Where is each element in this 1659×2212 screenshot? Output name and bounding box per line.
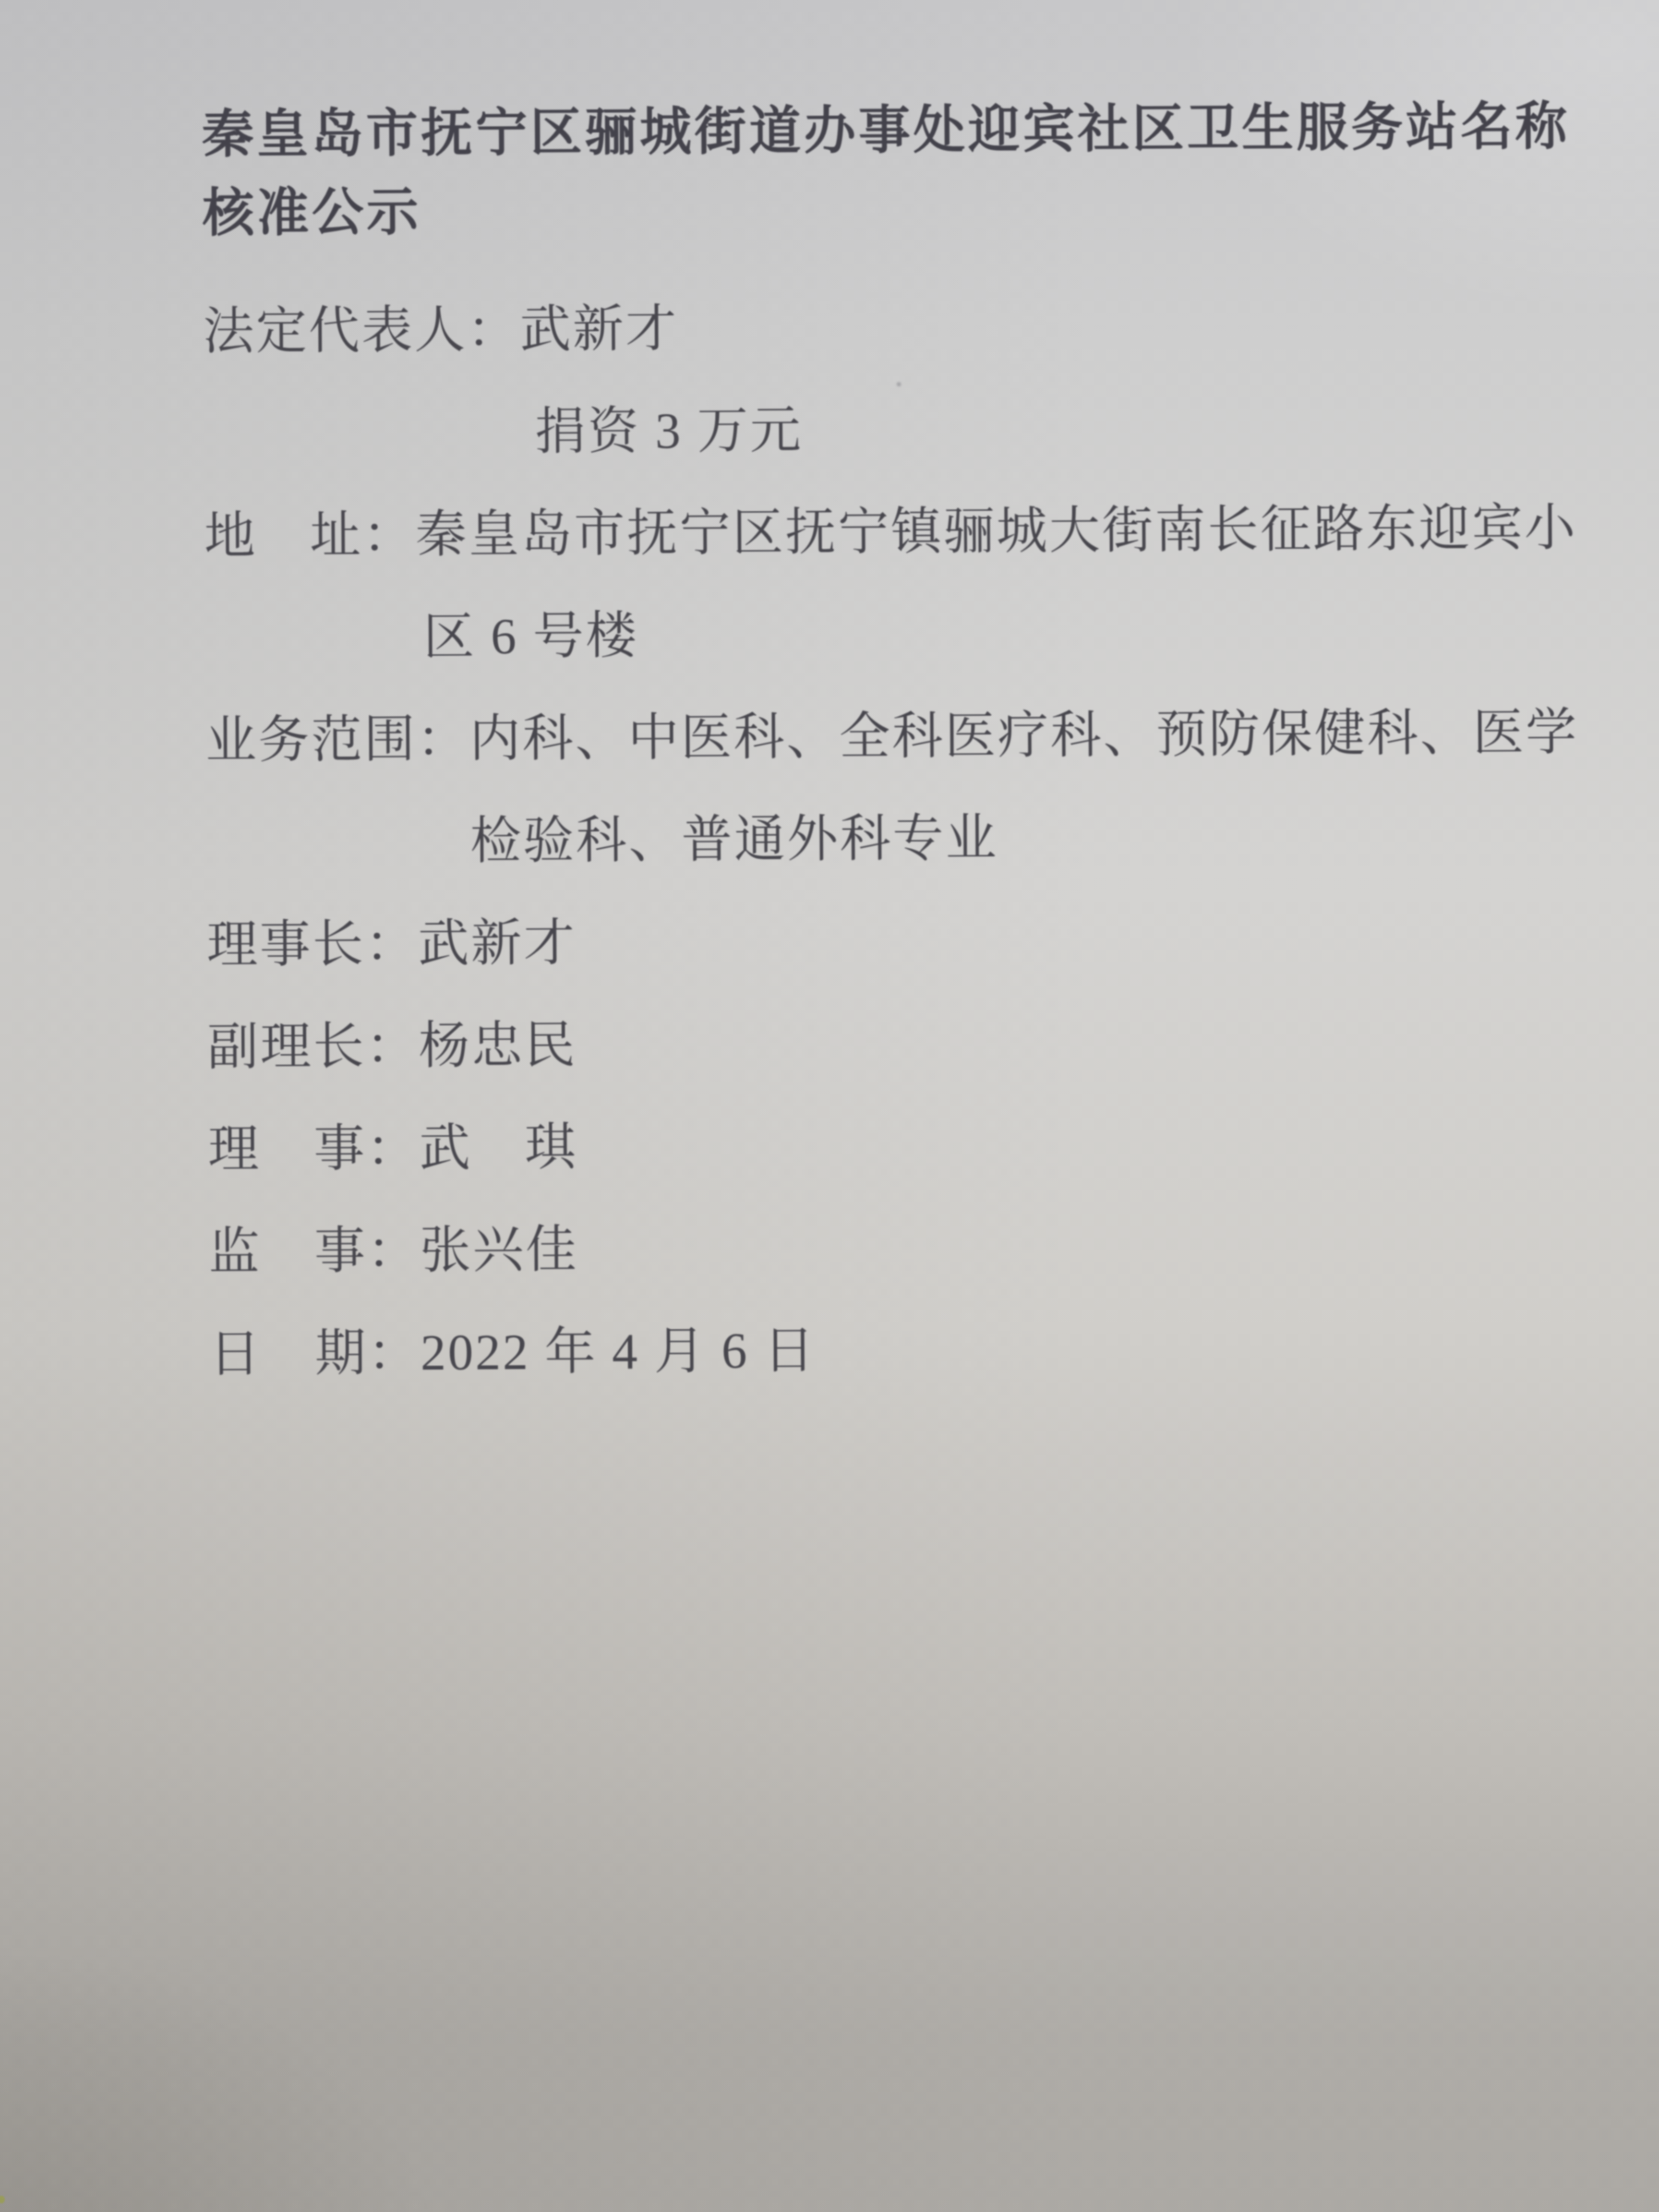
paper-speck xyxy=(897,382,901,386)
document-line: 区 6 号楼 xyxy=(423,578,1635,688)
document-line: 地 址：秦皇岛市抚宁区抚宁镇骊城大街南长征路东迎宾小 xyxy=(204,476,1635,587)
document-line: 法定代表人：武新才 xyxy=(203,272,1634,383)
document-line: 理 事：武 琪 xyxy=(208,1090,1639,1201)
document-line: 捐资 3 万元 xyxy=(535,374,1635,483)
document-line: 日 期：2022 年 4 月 6 日 xyxy=(209,1294,1640,1405)
document-line: 副理长：杨忠民 xyxy=(207,987,1638,1098)
document-line: 监 事：张兴佳 xyxy=(208,1192,1639,1303)
document-text-block: 秦皇岛市抚宁区骊城街道办事处迎宾社区卫生服务站名称 核准公示 法定代表人：武新才… xyxy=(202,87,1640,1405)
document-photo: 秦皇岛市抚宁区骊城街道办事处迎宾社区卫生服务站名称 核准公示 法定代表人：武新才… xyxy=(0,0,1659,2212)
document-title-line1: 秦皇岛市抚宁区骊城街道办事处迎宾社区卫生服务站名称 xyxy=(202,87,1633,175)
document-title-line2: 核准公示 xyxy=(202,166,1633,253)
document-line: 理事长：武新才 xyxy=(206,885,1637,996)
document-line: 检验科、普通外科专业 xyxy=(470,783,1637,892)
corner-speck xyxy=(0,2196,5,2203)
document-line: 业务范围：内科、中医科、全科医疗科、预防保健科、医学 xyxy=(205,681,1636,792)
document-fields: 法定代表人：武新才捐资 3 万元地 址：秦皇岛市抚宁区抚宁镇骊城大街南长征路东迎… xyxy=(203,272,1640,1405)
